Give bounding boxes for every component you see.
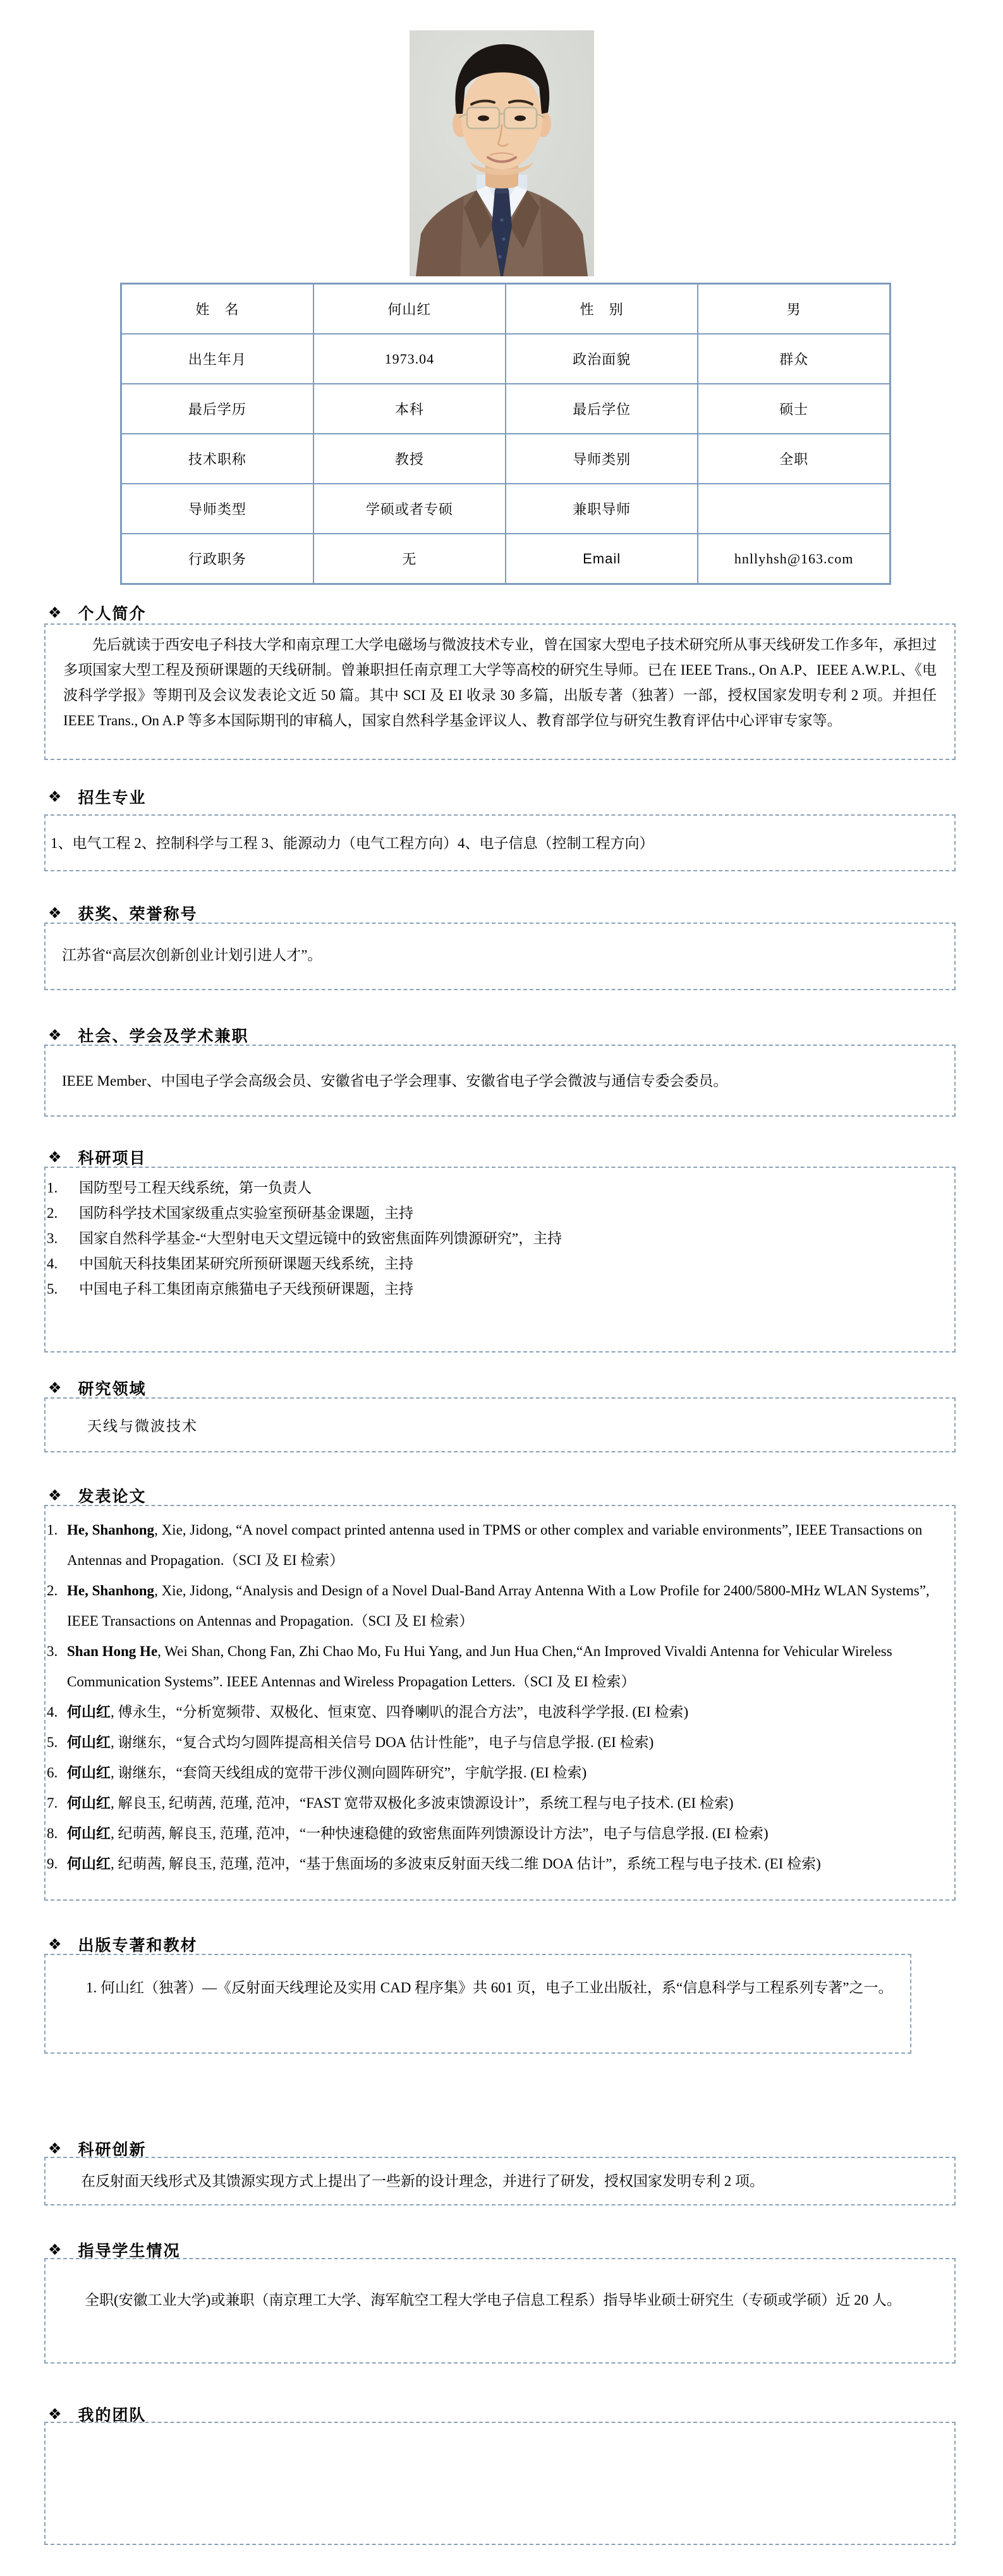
- research-projects-box: 国防型号工程天线系统，第一负责人 国防科学技术国家级重点实验室预研基金课题，主持…: [44, 1167, 956, 1352]
- cell-label-email: Email: [506, 534, 698, 584]
- cell-value: 群众: [698, 334, 890, 384]
- publication-item: 何山红, 解良玉, 纪萌茜, 范瑾, 范冲，“FAST 宽带双极化多波束馈源设计…: [46, 1788, 940, 1819]
- research-projects-list: 国防型号工程天线系统，第一负责人 国防科学技术国家级重点实验室预研基金课题，主持…: [46, 1175, 942, 1302]
- table-row: 姓 名 何山红 性 别 男: [121, 284, 891, 334]
- section-heading-memberships: ❖ 社会、学会及学术兼职: [48, 1024, 249, 1046]
- section-title: 获奖、荣誉称号: [78, 902, 198, 924]
- cell-label: 导师类型: [121, 484, 313, 534]
- student-supervision-box: 全职(安徽工业大学)或兼职（南京理工大学、海军航空工程大学电子信息工程系）指导毕…: [44, 2258, 956, 2364]
- publication-authors: Shan Hong He: [67, 1643, 157, 1659]
- publication-item: 何山红, 谢继东，“套筒天线组成的宽带干涉仪测向圆阵研究”，宇航学报. (EI …: [46, 1758, 940, 1788]
- awards-text: 江苏省“高层次创新创业计划引进人才”。: [62, 943, 942, 968]
- cell-label: 姓 名: [121, 284, 313, 334]
- publication-text: , 谢继东，“套筒天线组成的宽带干涉仪测向圆阵研究”，宇航学报. (EI 检索): [111, 1765, 587, 1781]
- publication-item: Shan Hong He, Wei Shan, Chong Fan, Zhi C…: [46, 1636, 940, 1697]
- table-row: 最后学历 本科 最后学位 硕士: [121, 384, 891, 434]
- publication-text: , Xie, Jidong, “A novel compact printed …: [67, 1522, 922, 1568]
- cell-label: 技术职称: [121, 434, 313, 484]
- publication-item: 何山红, 谢继东，“复合式均匀圆阵提高相关信号 DOA 估计性能”，电子与信息学…: [46, 1727, 940, 1758]
- publication-text: , 纪萌茜, 解良玉, 范瑾, 范冲，“基于焦面场的多波束反射面天线二维 DOA…: [111, 1856, 821, 1872]
- list-item: 中国电子科工集团南京熊猫电子天线预研课题，主持: [46, 1277, 942, 1302]
- personal-intro-text: 先后就读于西安电子科技大学和南京理工大学电磁场与微波技术专业，曾在国家大型电子技…: [63, 632, 937, 733]
- table-row: 导师类型 学硕或者专硕 兼职导师: [121, 484, 891, 534]
- profile-info-table: 姓 名 何山红 性 别 男 出生年月 1973.04 政治面貌 群众 最后学历 …: [120, 283, 891, 585]
- my-team-box: [44, 2422, 956, 2545]
- research-fields-text: 天线与微波技术: [87, 1414, 942, 1439]
- cell-label: 行政职务: [121, 534, 313, 584]
- student-supervision-text: 全职(安徽工业大学)或兼职（南京理工大学、海军航空工程大学电子信息工程系）指导毕…: [52, 2277, 939, 2324]
- cell-value-email: hnllyhsh@163.com: [698, 534, 890, 584]
- publication-item: He, Shanhong, Xie, Jidong, “A novel comp…: [46, 1515, 940, 1576]
- publication-item: 何山红, 傅永生，“分析宽频带、双极化、恒束宽、四脊喇叭的混合方法”，电波科学学…: [46, 1697, 940, 1727]
- cell-value: 硕士: [698, 384, 890, 434]
- publication-authors: 何山红: [67, 1825, 111, 1841]
- cell-value: 本科: [313, 384, 506, 434]
- diamond-bullet-icon: ❖: [48, 1937, 62, 1952]
- publication-authors: He, Shanhong: [67, 1522, 154, 1538]
- section-title: 个人简介: [78, 601, 147, 624]
- section-heading-research-projects: ❖ 科研项目: [48, 1146, 147, 1168]
- diamond-bullet-icon: ❖: [48, 2141, 62, 2156]
- cell-value: 何山红: [313, 284, 506, 334]
- publication-text: , 谢继东，“复合式均匀圆阵提高相关信号 DOA 估计性能”，电子与信息学报. …: [111, 1734, 653, 1750]
- faculty-profile-page: 姓 名 何山红 性 别 男 出生年月 1973.04 政治面貌 群众 最后学历 …: [0, 0, 1003, 2576]
- research-fields-box: 天线与微波技术: [44, 1397, 956, 1452]
- books-box: 1. 何山红（独著）—《反射面天线理论及实用 CAD 程序集》共 601 页，电…: [44, 1954, 911, 2054]
- publication-text: , 纪萌茜, 解良玉, 范瑾, 范冲，“一种快速稳健的致密焦面阵列馈源设计方法”…: [111, 1825, 769, 1841]
- enrollment-majors-text: 1、电气工程 2、控制科学与工程 3、能源动力（电气工程方向）4、电子信息（控制…: [51, 831, 942, 856]
- books-text: 1. 何山红（独著）—《反射面天线理论及实用 CAD 程序集》共 601 页，电…: [51, 1972, 897, 2004]
- publication-authors: He, Shanhong: [67, 1583, 154, 1598]
- section-heading-publications: ❖ 发表论文: [48, 1485, 147, 1506]
- portrait-illustration: [410, 30, 594, 276]
- research-innovation-text: 在反射面天线形式及其馈源实现方式上提出了一些新的设计理念，并进行了研发，授权国家…: [51, 2169, 942, 2194]
- publication-authors: 何山红: [67, 1795, 111, 1811]
- publication-text: , 解良玉, 纪萌茜, 范瑾, 范冲，“FAST 宽带双极化多波束馈源设计”，系…: [111, 1795, 734, 1811]
- section-title: 招生专业: [78, 785, 147, 808]
- diamond-bullet-icon: ❖: [48, 2407, 62, 2422]
- publication-authors: 何山红: [67, 1856, 111, 1872]
- table-row: 行政职务 无 Email hnllyhsh@163.com: [121, 534, 891, 584]
- section-title: 发表论文: [78, 1484, 147, 1507]
- cell-value: 男: [698, 284, 890, 334]
- portrait-photo: [410, 30, 594, 276]
- publication-item: 何山红, 纪萌茜, 解良玉, 范瑾, 范冲，“一种快速稳健的致密焦面阵列馈源设计…: [46, 1819, 940, 1849]
- publications-list: He, Shanhong, Xie, Jidong, “A novel comp…: [46, 1515, 940, 1879]
- cell-label: 性 别: [506, 284, 698, 334]
- publication-item: He, Shanhong, Xie, Jidong, “Analysis and…: [46, 1576, 940, 1636]
- publication-text: , Xie, Jidong, “Analysis and Design of a…: [67, 1583, 930, 1629]
- publication-text: , 傅永生，“分析宽频带、双极化、恒束宽、四脊喇叭的混合方法”，电波科学学报. …: [111, 1704, 688, 1720]
- section-heading-research-fields: ❖ 研究领域: [48, 1377, 147, 1399]
- list-item: 国防型号工程天线系统，第一负责人: [46, 1175, 942, 1201]
- cell-label: 最后学历: [121, 384, 313, 434]
- cell-label: 最后学位: [506, 384, 698, 434]
- table-row: 出生年月 1973.04 政治面貌 群众: [121, 334, 891, 384]
- memberships-box: IEEE Member、中国电子学会高级会员、安徽省电子学会理事、安徽省电子学会…: [44, 1045, 956, 1117]
- diamond-bullet-icon: ❖: [48, 2242, 62, 2257]
- diamond-bullet-icon: ❖: [48, 905, 62, 921]
- section-heading-student-supervision: ❖ 指导学生情况: [48, 2239, 181, 2260]
- awards-box: 江苏省“高层次创新创业计划引进人才”。: [44, 923, 956, 990]
- enrollment-majors-box: 1、电气工程 2、控制科学与工程 3、能源动力（电气工程方向）4、电子信息（控制…: [44, 814, 956, 871]
- section-title: 社会、学会及学术兼职: [78, 1024, 249, 1046]
- list-item: 国防科学技术国家级重点实验室预研基金课题，主持: [46, 1201, 942, 1226]
- cell-label: 出生年月: [121, 334, 313, 384]
- cell-value: 全职: [698, 434, 890, 484]
- section-title: 出版专著和教材: [78, 1933, 198, 1956]
- cell-value: 1973.04: [313, 334, 506, 384]
- cell-value: 无: [313, 534, 506, 584]
- cell-value: 教授: [313, 434, 506, 484]
- section-heading-awards: ❖ 获奖、荣誉称号: [48, 902, 198, 924]
- diamond-bullet-icon: ❖: [48, 789, 62, 804]
- cell-value: [698, 484, 890, 534]
- diamond-bullet-icon: ❖: [48, 605, 62, 620]
- section-heading-personal-intro: ❖ 个人简介: [48, 602, 147, 623]
- list-item: 国家自然科学基金-“大型射电天文望远镜中的致密焦面阵列馈源研究”，主持: [46, 1226, 942, 1251]
- publication-text: , Wei Shan, Chong Fan, Zhi Chao Mo, Fu H…: [67, 1643, 892, 1690]
- memberships-text: IEEE Member、中国电子学会高级会员、安徽省电子学会理事、安徽省电子学会…: [62, 1069, 942, 1094]
- publication-item: 何山红, 纪萌茜, 解良玉, 范瑾, 范冲，“基于焦面场的多波束反射面天线二维 …: [46, 1849, 940, 1879]
- section-heading-enrollment-majors: ❖ 招生专业: [48, 786, 147, 807]
- list-item: 中国航天科技集团某研究所预研课题天线系统，主持: [46, 1251, 942, 1277]
- cell-label: 兼职导师: [506, 484, 698, 534]
- cell-value: 学硕或者专硕: [313, 484, 506, 534]
- diamond-bullet-icon: ❖: [48, 1150, 62, 1165]
- publication-authors: 何山红: [67, 1734, 111, 1750]
- personal-intro-box: 先后就读于西安电子科技大学和南京理工大学电磁场与微波技术专业，曾在国家大型电子技…: [44, 623, 956, 760]
- publication-authors: 何山红: [67, 1704, 111, 1720]
- diamond-bullet-icon: ❖: [48, 1380, 62, 1395]
- cell-label: 导师类别: [506, 434, 698, 484]
- research-innovation-box: 在反射面天线形式及其馈源实现方式上提出了一些新的设计理念，并进行了研发，授权国家…: [44, 2157, 956, 2205]
- table-row: 技术职称 教授 导师类别 全职: [121, 434, 891, 484]
- publications-box: He, Shanhong, Xie, Jidong, “A novel comp…: [44, 1505, 956, 1901]
- section-title: 研究领域: [78, 1377, 147, 1399]
- section-heading-research-innovation: ❖ 科研创新: [48, 2138, 147, 2159]
- diamond-bullet-icon: ❖: [48, 1027, 62, 1043]
- diamond-bullet-icon: ❖: [48, 1488, 62, 1503]
- publication-authors: 何山红: [67, 1765, 111, 1781]
- section-heading-books: ❖ 出版专著和教材: [48, 1934, 198, 1955]
- cell-label: 政治面貌: [506, 334, 698, 384]
- section-title: 科研项目: [78, 1146, 147, 1168]
